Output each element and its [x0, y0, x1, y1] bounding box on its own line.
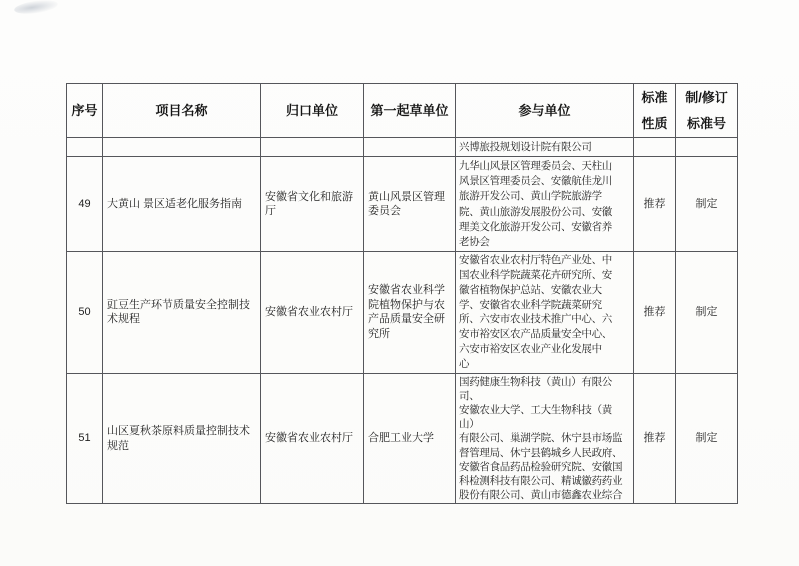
- cell-participating-units: 兴博旅投规划设计院有限公司: [456, 138, 634, 157]
- cell-first-drafting-unit: 合肥工业大学: [364, 373, 456, 504]
- cell-centralized-unit: 安徽省农业农村厅: [261, 373, 364, 504]
- scan-smudge-mark: [13, 0, 58, 16]
- column-header-centralized-unit: 归口单位: [261, 84, 364, 138]
- cell-formulation-type: 制定: [676, 373, 738, 504]
- column-header-standard-number: 制/修订 标准号: [676, 84, 738, 138]
- empty-cell: [676, 138, 738, 157]
- empty-cell: [364, 138, 456, 157]
- cell-project-name: 大黄山 景区适老化服务指南: [103, 157, 261, 252]
- cell-standard-nature: 推荐: [634, 252, 676, 373]
- scanned-document-page: 序号 项目名称 归口单位 第一起草单位 参与单位 标准 性质 制/修订 标准号 …: [0, 0, 799, 566]
- cell-serial-number: 49: [67, 157, 103, 252]
- cell-standard-nature: 推荐: [634, 157, 676, 252]
- table-row-51: 51 山区夏秋茶原料质量控制技术 规范 安徽省农业农村厅 合肥工业大学 国药健康…: [67, 373, 738, 504]
- standards-project-table: 序号 项目名称 归口单位 第一起草单位 参与单位 标准 性质 制/修订 标准号 …: [66, 83, 738, 504]
- column-header-serial-number: 序号: [67, 84, 103, 138]
- empty-cell: [634, 138, 676, 157]
- column-header-participating-units: 参与单位: [456, 84, 634, 138]
- cell-first-drafting-unit: 安徽省农业科学 院植物保护与农 产品质量安全研 究所: [364, 252, 456, 373]
- column-header-project-name: 项目名称: [103, 84, 261, 138]
- empty-cell: [261, 138, 364, 157]
- cell-centralized-unit: 安徽省文化和旅游 厅: [261, 157, 364, 252]
- cell-participating-units: 安徽省农业农村厅特色产业处、中 国农业科学院蔬菜花卉研究所、安 徽省植物保护总站…: [456, 252, 634, 373]
- cell-participating-units: 国药健康生物科技（黄山）有限公司、 安徽农业大学、工大生物科技（黄山） 有限公司…: [456, 373, 634, 504]
- column-header-first-drafting-unit: 第一起草单位: [364, 84, 456, 138]
- cell-standard-nature: 推荐: [634, 373, 676, 504]
- cell-project-name: 山区夏秋茶原料质量控制技术 规范: [103, 373, 261, 504]
- table-row-49: 49 大黄山 景区适老化服务指南 安徽省文化和旅游 厅 黄山风景区管理 委员会 …: [67, 157, 738, 252]
- empty-cell: [67, 138, 103, 157]
- cell-first-drafting-unit: 黄山风景区管理 委员会: [364, 157, 456, 252]
- cell-centralized-unit: 安徽省农业农村厅: [261, 252, 364, 373]
- cell-formulation-type: 制定: [676, 252, 738, 373]
- table-row-50: 50 豇豆生产环节质量安全控制技 术规程 安徽省农业农村厅 安徽省农业科学 院植…: [67, 252, 738, 373]
- carryover-row: 兴博旅投规划设计院有限公司: [67, 138, 738, 157]
- cell-serial-number: 50: [67, 252, 103, 373]
- empty-cell: [103, 138, 261, 157]
- cell-project-name: 豇豆生产环节质量安全控制技 术规程: [103, 252, 261, 373]
- cell-serial-number: 51: [67, 373, 103, 504]
- cell-formulation-type: 制定: [676, 157, 738, 252]
- column-header-standard-nature: 标准 性质: [634, 84, 676, 138]
- cell-participating-units: 九华山风景区管理委员会、天柱山 风景区管理委员会、安徽航佳龙川 旅游开发公司、黄…: [456, 157, 634, 252]
- table-header-row: 序号 项目名称 归口单位 第一起草单位 参与单位 标准 性质 制/修订 标准号: [67, 84, 738, 138]
